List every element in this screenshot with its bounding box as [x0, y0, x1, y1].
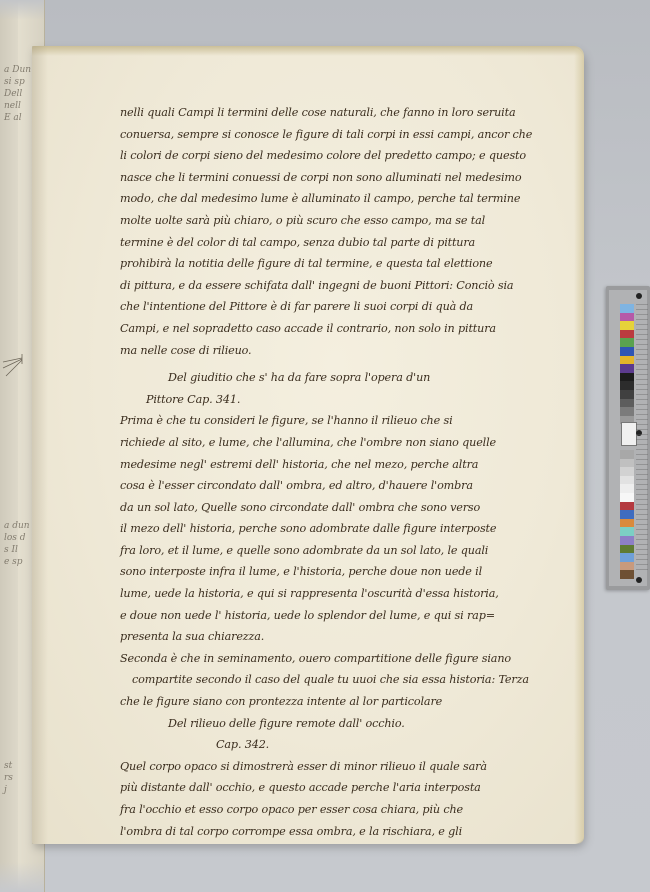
text-line: fra loro, et il lume, e quelle sono adom…: [120, 540, 530, 562]
text-line: termine è del color di tal campo, senza …: [120, 232, 530, 254]
color-swatch: [620, 330, 634, 339]
text-line: ma nelle cose di rilieuo.: [120, 340, 530, 362]
text-line: compartite secondo il caso del quale tu …: [120, 669, 530, 691]
color-swatch: [620, 467, 634, 476]
text-line: cosa è l'esser circondato dall' ombra, e…: [120, 475, 530, 497]
color-swatch: [620, 570, 634, 579]
text-line: modo, che dal medesimo lume è alluminato…: [120, 188, 530, 210]
color-swatch: [620, 545, 634, 554]
text-line: che le figure siano con prontezza intent…: [120, 691, 530, 713]
color-swatch: [620, 502, 634, 511]
text-line: che l'intentione del Pittore è di far pa…: [120, 296, 530, 318]
color-swatch: [620, 450, 634, 459]
text-line: Prima è che tu consideri le figure, se l…: [120, 410, 530, 432]
chapter-heading-342: Del rilieuo delle figure remote dall' oc…: [120, 713, 530, 735]
chapter-heading-341: Del giuditio che s' ha da fare sopra l'o…: [120, 367, 530, 389]
text-line: conuersa, sempre si conosce le figure di…: [120, 124, 530, 146]
color-swatch: [620, 459, 634, 468]
target-reference-grid: [636, 304, 648, 574]
chapter-number-341: Pittore Cap. 341.: [120, 389, 530, 411]
color-swatch: [620, 304, 634, 313]
text-line: Campi, e nel sopradetto caso accade il c…: [120, 318, 530, 340]
left-marginalia-top: a Dun si sp Dell nell E al: [4, 64, 34, 124]
binding-shadow: [32, 46, 48, 844]
text-line: e doue non uede l' historia, uede lo spl…: [120, 605, 530, 627]
color-swatch: [620, 493, 634, 502]
bottom-shadow: [0, 862, 44, 892]
color-swatch: [620, 536, 634, 545]
color-swatch: [620, 347, 634, 356]
text-line: molte uolte sarà più chiaro, o più scuro…: [120, 210, 530, 232]
left-marginalia-bottom: st rs j: [4, 760, 34, 796]
color-swatch: [620, 476, 634, 485]
color-swatch: [620, 321, 634, 330]
text-line: richiede al sito, e lume, che l'allumina…: [120, 432, 530, 454]
text-line: Seconda è che in seminamento, ouero comp…: [120, 648, 530, 670]
color-swatch: [620, 313, 634, 322]
text-line: sono interposte infra il lume, e l'histo…: [120, 561, 530, 583]
color-swatch: [620, 399, 634, 408]
target-hole-top: [636, 293, 642, 299]
color-swatch: [620, 562, 634, 571]
upper-swatch-column: [620, 304, 634, 424]
color-swatch: [620, 338, 634, 347]
color-swatch: [620, 390, 634, 399]
text-line: più distante dall' occhio, e questo acca…: [120, 777, 530, 799]
color-swatch: [620, 510, 634, 519]
manuscript-page: nelli quali Campi li termini delle cose …: [32, 46, 584, 844]
lower-swatch-column: [620, 450, 634, 579]
text-line: medesime negl' estremi dell' historia, c…: [120, 454, 530, 476]
text-line: Quel corpo opaco si dimostrerà esser di …: [120, 756, 530, 778]
color-swatch: [620, 527, 634, 536]
color-swatch: [620, 356, 634, 365]
target-hole-bottom: [636, 577, 642, 583]
color-swatch: [620, 484, 634, 493]
target-label: [621, 422, 637, 446]
text-line: fra l'occhio et esso corpo opaco per ess…: [120, 799, 530, 821]
left-marginalia-middle: a dun los d s Il e sp: [4, 520, 34, 568]
color-calibration-target: [606, 286, 650, 590]
text-line: di pittura, e da essere schifata dall' i…: [120, 275, 530, 297]
text-line: lume, uede la historia, e qui si rappres…: [120, 583, 530, 605]
text-line: nelli quali Campi li termini delle cose …: [120, 102, 530, 124]
color-swatch: [620, 373, 634, 382]
text-line: nasce che li termini conuessi de corpi n…: [120, 167, 530, 189]
color-swatch: [620, 407, 634, 416]
text-line: il mezo dell' historia, perche sono adom…: [120, 518, 530, 540]
under-page-edge: [0, 0, 18, 892]
top-shadow: [0, 0, 44, 20]
target-face: [609, 290, 647, 586]
chapter-number-342: Cap. 342.: [120, 734, 530, 756]
manuscript-text: nelli quali Campi li termini delle cose …: [120, 102, 530, 842]
text-line: l'ombra di tal corpo corrompe essa ombra…: [120, 821, 530, 843]
color-swatch: [620, 364, 634, 373]
color-swatch: [620, 519, 634, 528]
text-line: li colori de corpi sieno del medesimo co…: [120, 145, 530, 167]
text-line: da un sol lato, Quelle sono circondate d…: [120, 497, 530, 519]
text-line: prohibirà la notitia delle figure di tal…: [120, 253, 530, 275]
text-line: presenta la sua chiarezza.: [120, 626, 530, 648]
color-swatch: [620, 553, 634, 562]
margin-diagram-icon: [2, 350, 26, 380]
color-swatch: [620, 381, 634, 390]
